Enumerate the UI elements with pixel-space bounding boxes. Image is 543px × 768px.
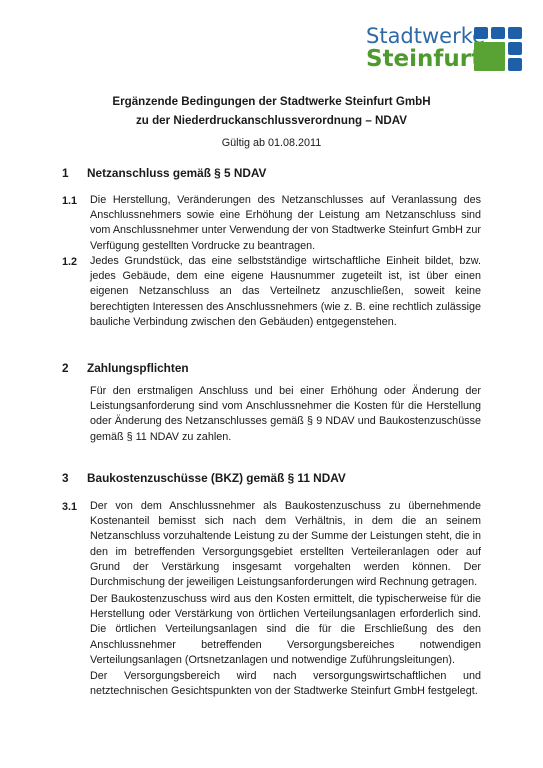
document-title-line1: Ergänzende Bedingungen der Stadtwerke St… <box>0 95 543 108</box>
paragraph-3-1c: Der Versorgungsbereich wird nach versorg… <box>90 669 481 699</box>
section-heading-2: 2Zahlungspflichten <box>62 361 189 375</box>
logo-text-steinfurt: Steinfurt <box>366 46 482 72</box>
section-title: Netzanschluss gemäß § 5 NDAV <box>87 166 266 180</box>
paragraph-number: 3.1 <box>62 501 77 513</box>
paragraph-1-2: Jedes Grundstück, das eine selbstständig… <box>90 254 481 330</box>
logo-squares-icon <box>474 27 524 71</box>
section-title: Baukostenzuschüsse (BKZ) gemäß § 11 NDAV <box>87 471 346 485</box>
section-number: 1 <box>62 166 87 180</box>
document-title-line2: zu der Niederdruckanschlussverordnung – … <box>0 114 543 127</box>
paragraph-number: 1.1 <box>62 195 77 207</box>
section-number: 2 <box>62 361 87 375</box>
paragraph-2: Für den erstmaligen Anschluss und bei ei… <box>90 384 481 445</box>
section-title: Zahlungspflichten <box>87 361 189 375</box>
section-heading-3: 3Baukostenzuschüsse (BKZ) gemäß § 11 NDA… <box>62 471 346 485</box>
company-logo: Stadtwerke Steinfurt <box>364 24 534 76</box>
paragraph-number: 1.2 <box>62 256 77 268</box>
paragraph-3-1b: Der Baukostenzuschuss wird aus den Koste… <box>90 592 481 668</box>
section-number: 3 <box>62 471 87 485</box>
section-heading-1: 1Netzanschluss gemäß § 5 NDAV <box>62 166 266 180</box>
paragraph-3-1: Der von dem Anschlussnehmer als Baukoste… <box>90 499 481 590</box>
valid-from: Gültig ab 01.08.2011 <box>0 137 543 149</box>
paragraph-1-1: Die Herstellung, Veränderungen des Netza… <box>90 193 481 254</box>
logo-text-stadtwerke: Stadtwerke <box>366 24 485 48</box>
